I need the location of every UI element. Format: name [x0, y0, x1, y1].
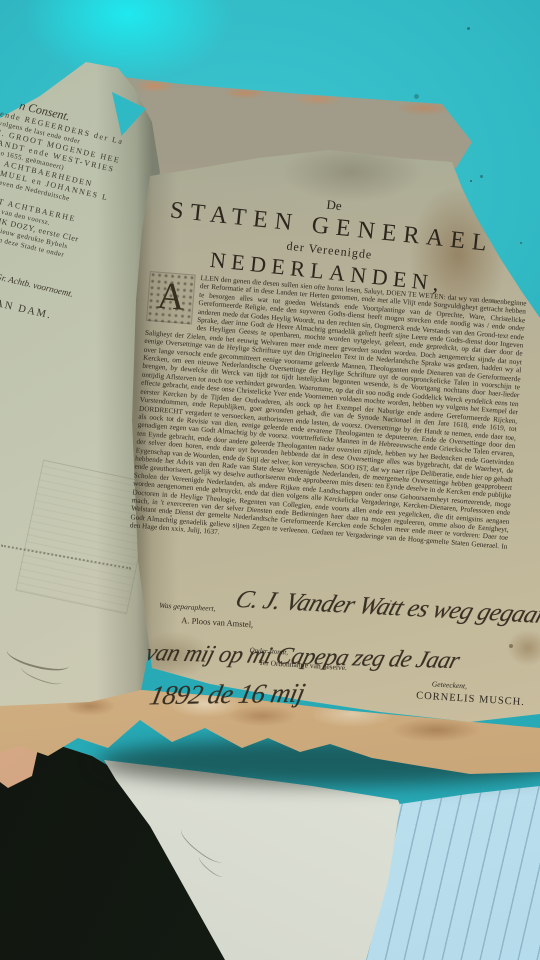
body-paragraph: ALLEN den genen die desen sullen sien of…	[130, 270, 527, 559]
page-specks	[470, 180, 472, 182]
photo-of-antique-book: n Consent. N ende REGEERDERS der La terv…	[0, 0, 540, 960]
table-specks	[467, 27, 470, 30]
signature-geteeckent: Geteeckent,	[432, 679, 468, 690]
drop-cap-A: A	[146, 271, 196, 324]
handwriting-line-3: 1892 de 16 mij	[147, 678, 308, 712]
signature-was-geparapheert: Was geparapheert,	[159, 601, 216, 613]
signature-ploos-van-amstel: A. Ploos van Amstel,	[181, 615, 254, 629]
signature-cornelis-musch: CORNELIS MUSCH.	[416, 690, 525, 708]
